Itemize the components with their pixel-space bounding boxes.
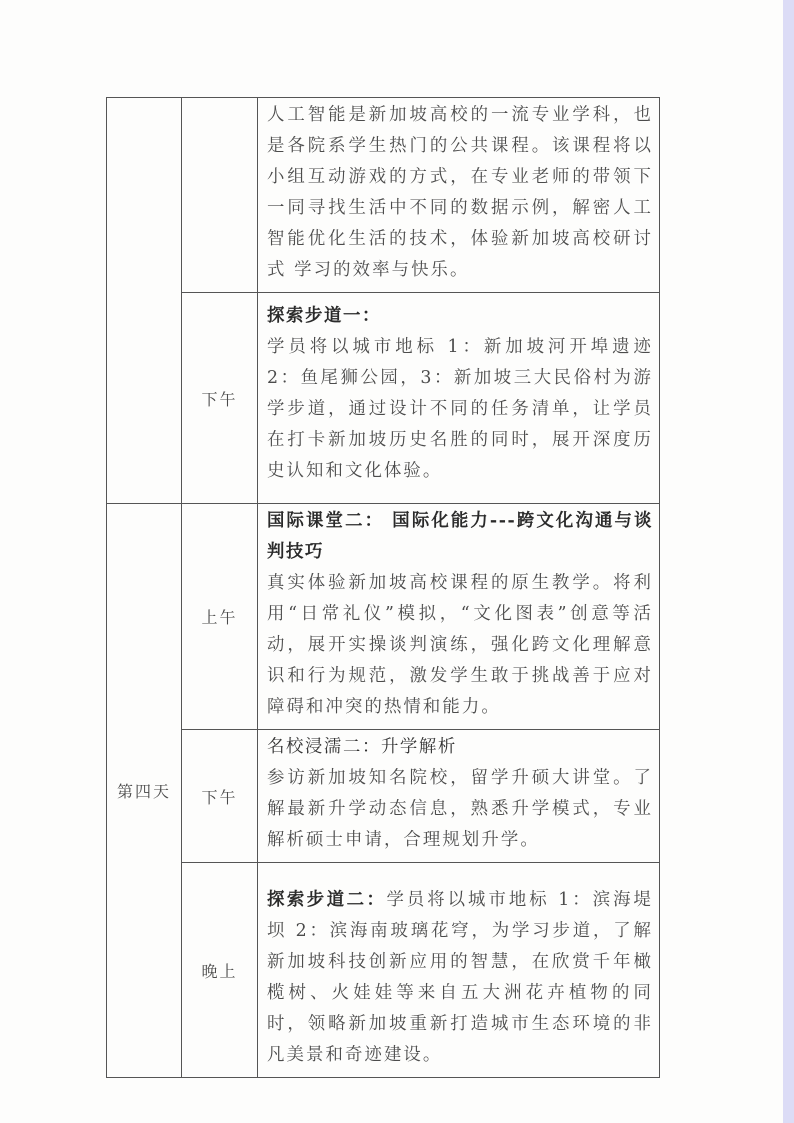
time-cell: 晚上 xyxy=(182,863,258,1078)
content-cell: 探索步道二：学员将以城市地标 1：滨海堤坝 2：滨海南玻璃花穹，为学习步道，了解… xyxy=(258,863,660,1078)
time-cell: 上午 xyxy=(182,504,258,730)
table-row: 晚上 探索步道二：学员将以城市地标 1：滨海堤坝 2：滨海南玻璃花穹，为学习步道… xyxy=(107,863,660,1078)
content-cell: 国际课堂二： 国际化能力---跨文化沟通与谈判技巧 真实体验新加坡高校课程的原生… xyxy=(258,504,660,730)
activity-description: 学员将以城市地标 1：滨海堤坝 2：滨海南玻璃花穹，为学习步道，了解新加坡科技创… xyxy=(267,890,653,1065)
activity-title: 探索步道一： xyxy=(267,301,653,332)
table-row: 下午 名校浸濡二：升学解析 参访新加坡知名院校，留学升硕大讲堂。了解最新升学动态… xyxy=(107,730,660,863)
table-row: 下午 探索步道一： 学员将以城市地标 1：新加坡河开埠遗迹 2：鱼尾狮公园，3：… xyxy=(107,293,660,504)
activity-description: 参访新加坡知名院校，留学升硕大讲堂。了解最新升学动态信息，熟悉升学模式，专业解析… xyxy=(267,763,653,856)
time-cell xyxy=(182,98,258,293)
itinerary-table: 人工智能是新加坡高校的一流专业学科，也是各院系学生热门的公共课程。该课程将以小组… xyxy=(106,97,660,1078)
activity-title: 国际课堂二： 国际化能力---跨文化沟通与谈判技巧 xyxy=(267,506,653,568)
day-cell-continued xyxy=(107,98,182,504)
content-cell: 名校浸濡二：升学解析 参访新加坡知名院校，留学升硕大讲堂。了解最新升学动态信息，… xyxy=(258,730,660,863)
time-cell: 下午 xyxy=(182,730,258,863)
activity-title: 名校浸濡二：升学解析 xyxy=(267,732,653,763)
content-cell: 探索步道一： 学员将以城市地标 1：新加坡河开埠遗迹 2：鱼尾狮公园，3：新加坡… xyxy=(258,293,660,504)
table-row: 人工智能是新加坡高校的一流专业学科，也是各院系学生热门的公共课程。该课程将以小组… xyxy=(107,98,660,293)
scan-edge-strip xyxy=(783,0,794,1123)
activity-description: 学员将以城市地标 1：新加坡河开埠遗迹 2：鱼尾狮公园，3：新加坡三大民俗村为游… xyxy=(267,332,653,487)
activity-title: 探索步道二： xyxy=(267,890,386,910)
activity-description: 真实体验新加坡高校课程的原生教学。将利用“日常礼仪”模拟，“文化图表”创意等活动… xyxy=(267,568,653,723)
time-cell: 下午 xyxy=(182,293,258,504)
table-row: 第四天 上午 国际课堂二： 国际化能力---跨文化沟通与谈判技巧 真实体验新加坡… xyxy=(107,504,660,730)
content-cell: 人工智能是新加坡高校的一流专业学科，也是各院系学生热门的公共课程。该课程将以小组… xyxy=(258,98,660,293)
day-label: 第四天 xyxy=(107,504,182,1078)
activity-text: 探索步道二：学员将以城市地标 1：滨海堤坝 2：滨海南玻璃花穹，为学习步道，了解… xyxy=(267,885,653,1071)
activity-description: 人工智能是新加坡高校的一流专业学科，也是各院系学生热门的公共课程。该课程将以小组… xyxy=(267,100,653,286)
